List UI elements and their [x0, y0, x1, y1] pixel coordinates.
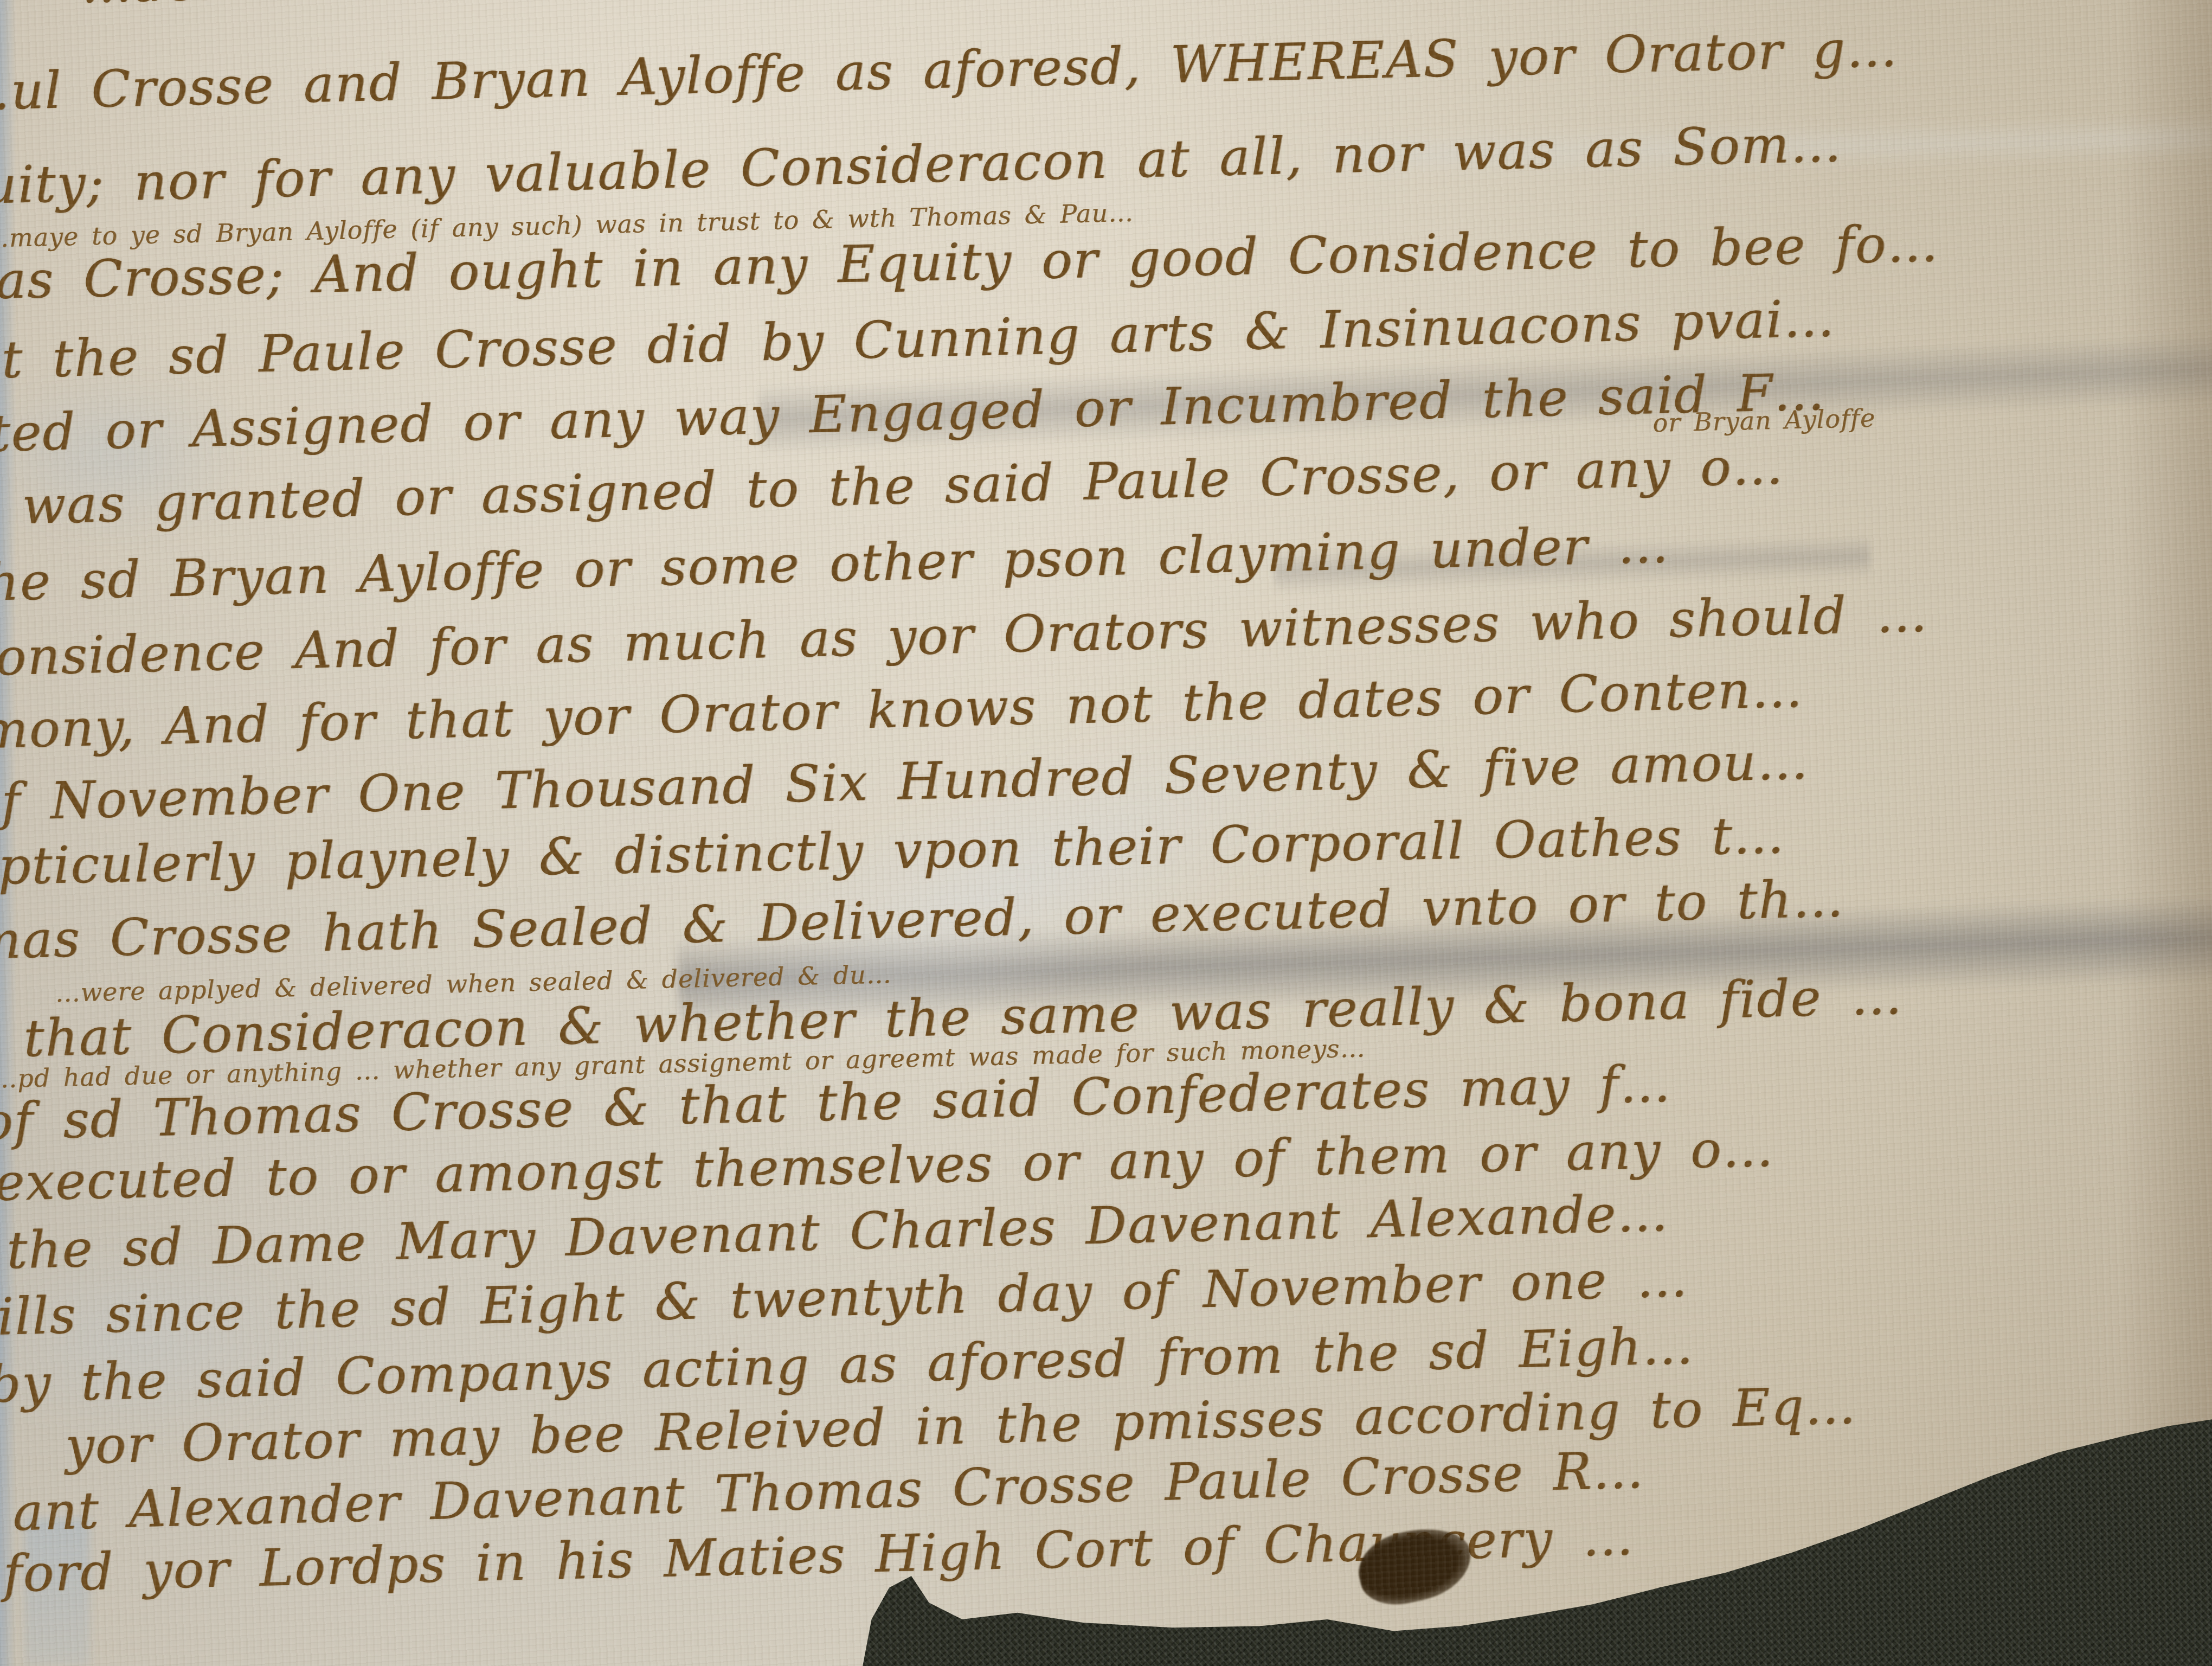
manuscript-line: or Bryan Ayloffe [1652, 403, 1876, 438]
manuscript-line: quity; nor for any valuable Consideracon… [0, 114, 1843, 216]
manuscript-lines: …der Davenant C……ul Crosse and Bryan Ayl… [0, 0, 2212, 1665]
manuscript-line: …der Davenant C… [80, 0, 630, 15]
manuscript-line: …ul Crosse and Bryan Ayloffe as aforesd,… [0, 20, 1899, 123]
manuscript-photo: …der Davenant C……ul Crosse and Bryan Ayl… [0, 0, 2212, 1666]
